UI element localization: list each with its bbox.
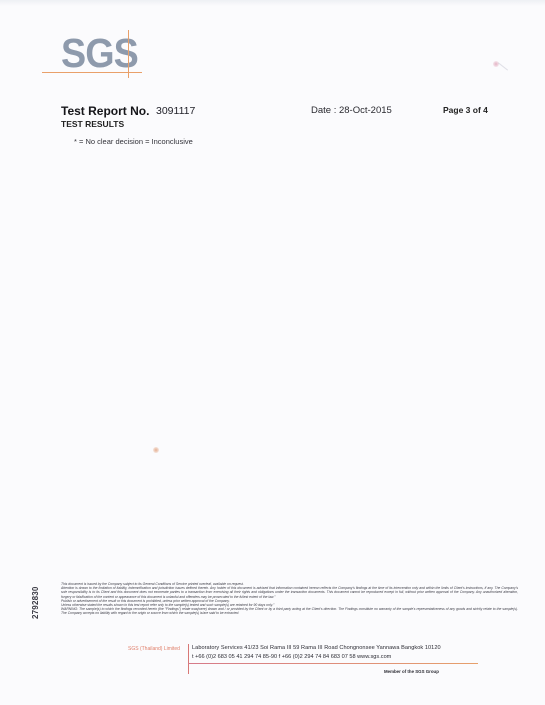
legend-note: * = No clear decision = Inconclusive bbox=[74, 137, 193, 146]
document-id: 2792830 bbox=[31, 583, 43, 619]
report-number-label: Test Report No. bbox=[61, 104, 149, 118]
disclaimer-paragraph: WARNING: The sample(s) to which the find… bbox=[61, 607, 518, 615]
report-number-value: 3091117 bbox=[156, 105, 195, 117]
address-divider bbox=[188, 644, 189, 674]
report-date: Date : 28-Oct-2015 bbox=[311, 105, 392, 116]
disclaimer-paragraph: Attention is drawn to the limitation of … bbox=[61, 586, 518, 599]
legal-disclaimer: This document is issued by the Company s… bbox=[61, 582, 518, 616]
scan-scuff bbox=[498, 62, 508, 70]
section-title: TEST RESULTS bbox=[61, 119, 124, 129]
scan-edge-shade bbox=[0, 0, 545, 6]
member-of-group: Member of the SGS Group bbox=[384, 669, 439, 674]
logo-vertical-rule bbox=[128, 30, 129, 78]
logo-horizontal-rule bbox=[42, 72, 142, 73]
logo-text: SGS bbox=[61, 33, 138, 74]
footer-rule bbox=[188, 663, 478, 664]
contact-line: t +66 (0)2 683 05 41 294 74 85-90 f +66 … bbox=[192, 654, 391, 660]
address-line: Laboratory Services 41/23 Soi Rama III 5… bbox=[192, 645, 441, 651]
scan-speck bbox=[153, 447, 159, 453]
page-indicator: Page 3 of 4 bbox=[443, 105, 488, 115]
company-name: SGS (Thailand) Limited bbox=[128, 646, 180, 652]
